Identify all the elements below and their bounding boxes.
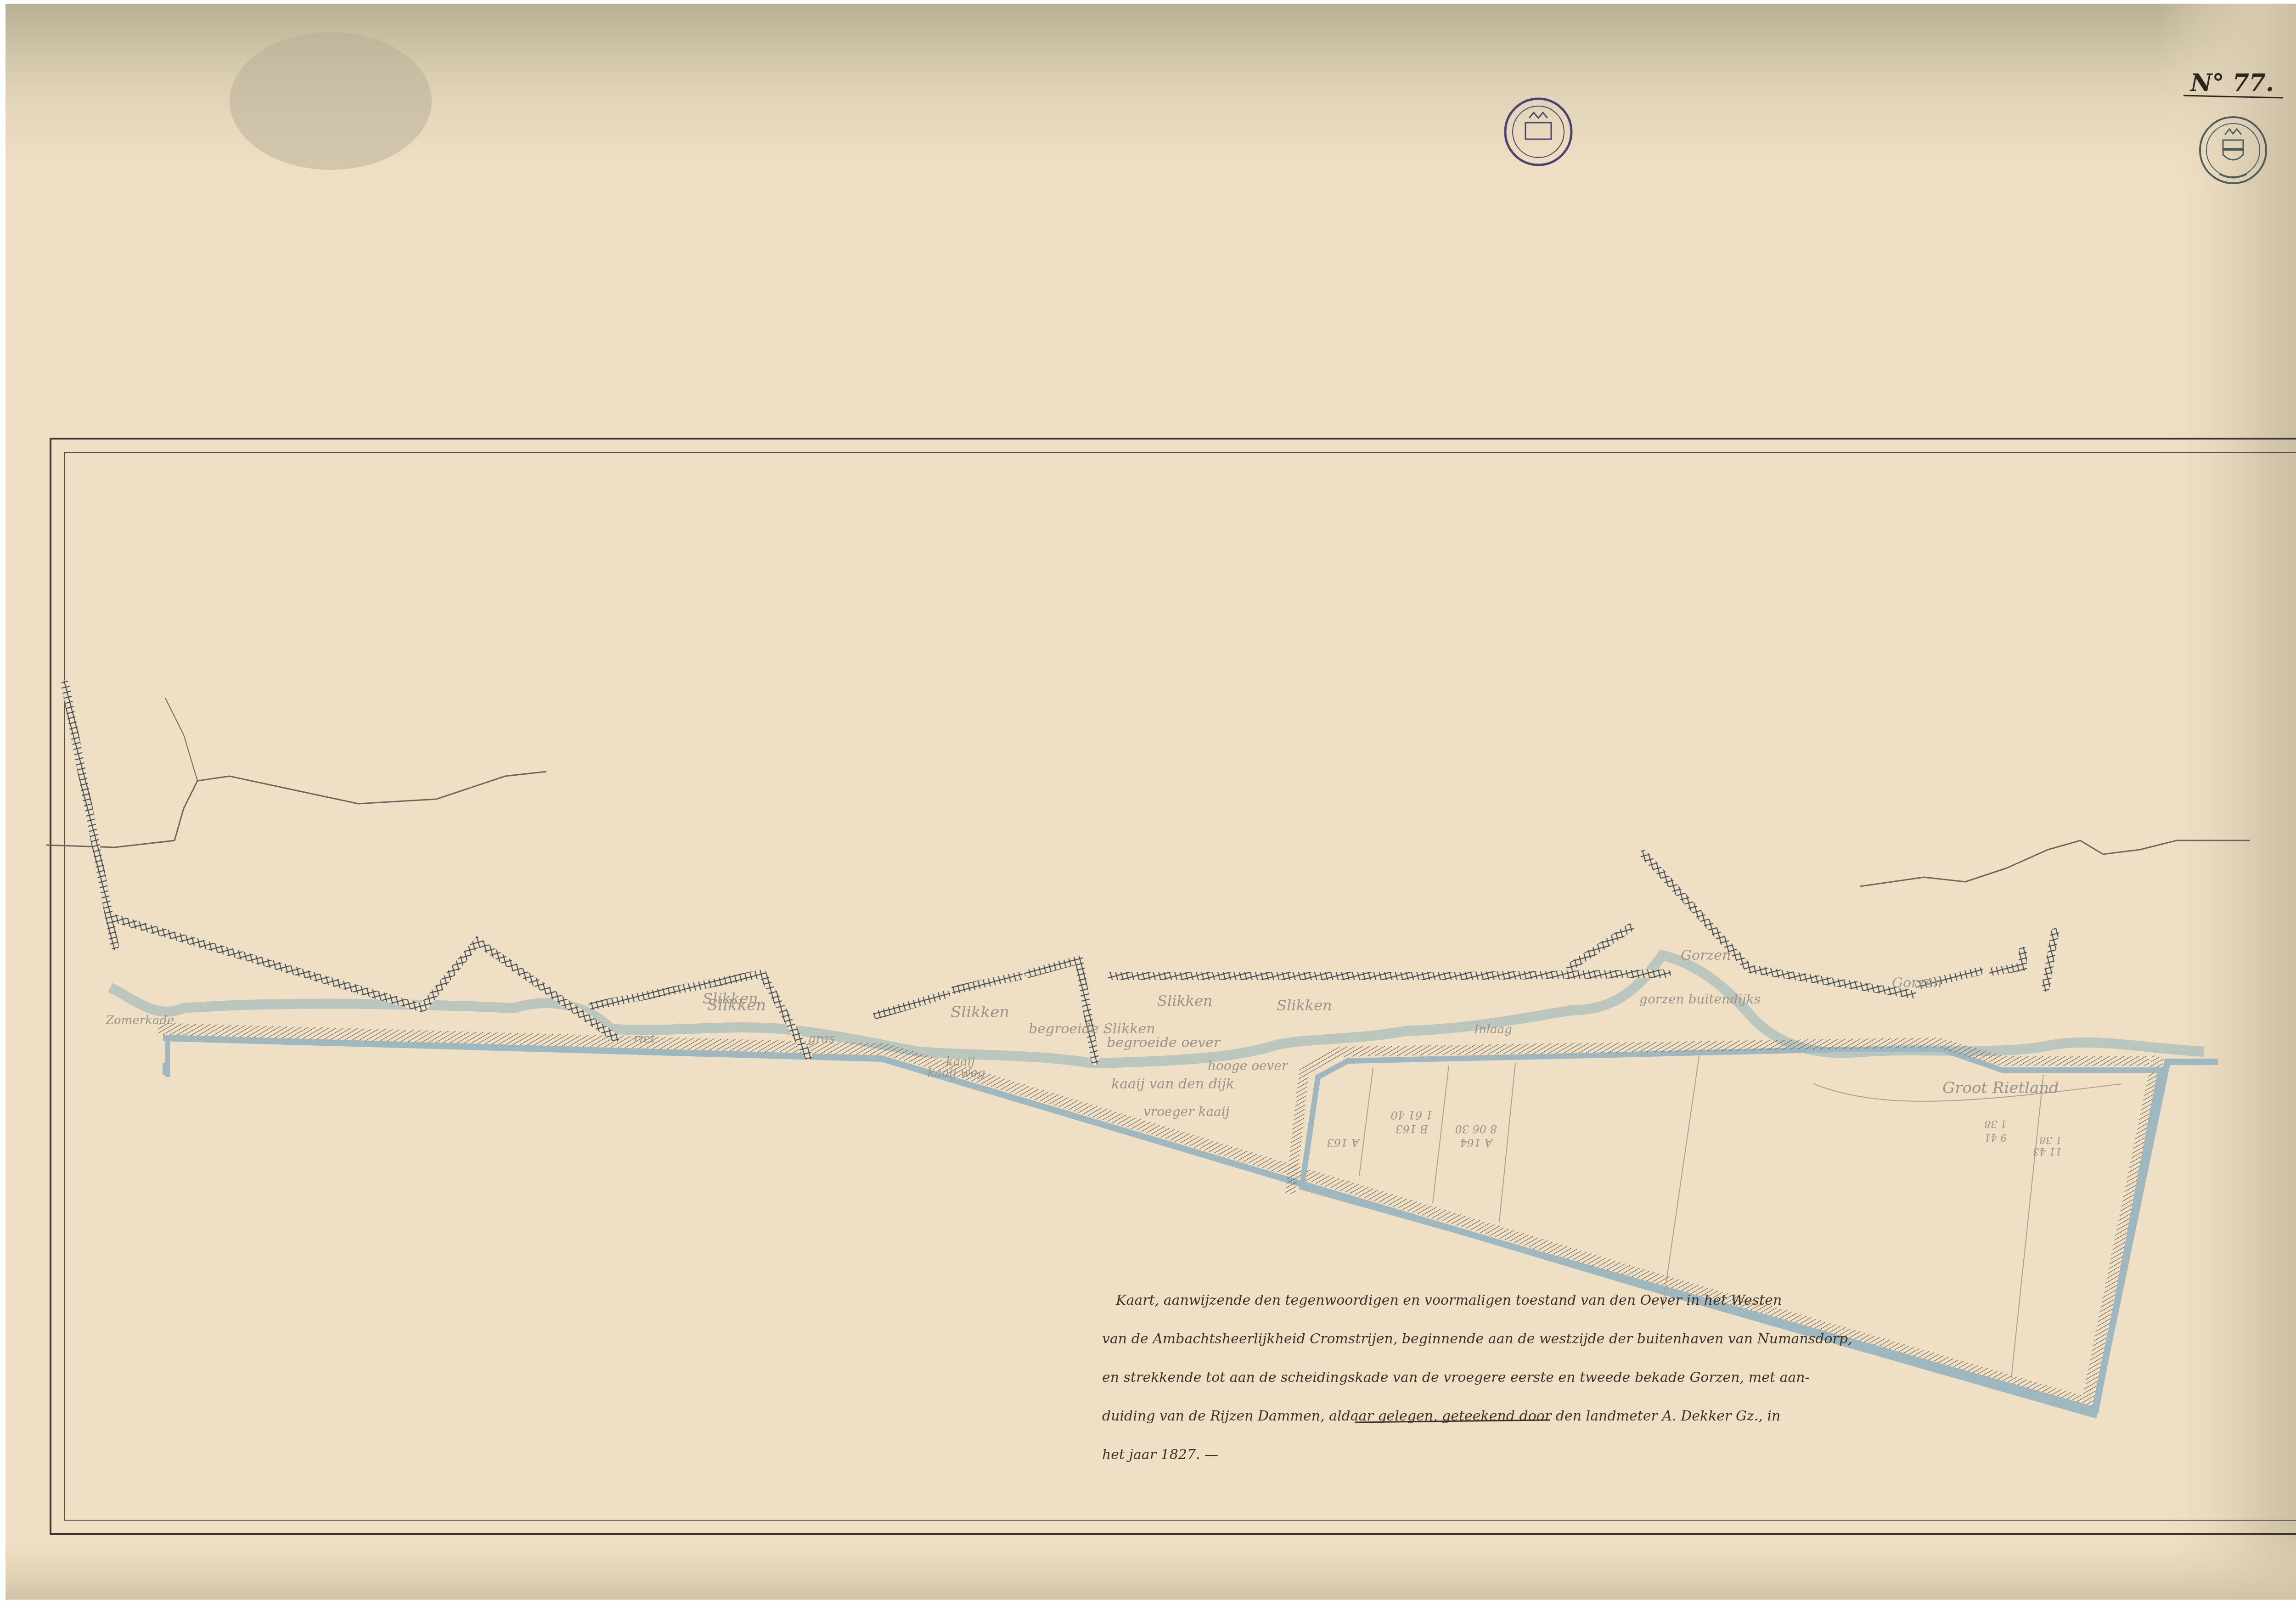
cartouche-line-1: Kaart, aanwijzende den tegenwoordigen en… [1102, 1281, 1846, 1320]
label-gorzen-2: Gorzen [1892, 975, 1942, 991]
label-gorzen: Gorzen [1681, 947, 1731, 964]
label-parcel-1: A 163 [1327, 1136, 1360, 1149]
label-parcel-b2: 9 41 [1984, 1132, 2007, 1143]
cartouche-line-3: en strekkende tot aan de scheidingskade … [1102, 1359, 1846, 1397]
label-zomerkade: Zomerkade [105, 1014, 174, 1027]
cartouche-line-5: het jaar 1827. — [1102, 1436, 1846, 1474]
paper-stain-blot [230, 32, 432, 170]
label-slikken-5: Slikken [703, 990, 758, 1007]
label-kaaij-van-den-dijk: kaaij van den dijk [1111, 1076, 1234, 1092]
paper-stain-bottom [6, 1525, 2296, 1600]
label-parcel-area-1: 1 61 40 [1390, 1109, 1433, 1122]
label-parcel-2: B 163 [1396, 1122, 1429, 1135]
label-parcel-area-2: 8 06 30 [1455, 1122, 1497, 1135]
label-gras: gras [808, 1032, 835, 1046]
title-cartouche: Kaart, aanwijzende den tegenwoordigen en… [1102, 1281, 1846, 1474]
cartouche-line-4: duiding van de Rijzen Dammen, aldaar gel… [1102, 1397, 1846, 1436]
label-groot-rietland: Groot Rietland [1942, 1079, 2059, 1097]
label-gorzen-buitendijks: gorzen buitendijks [1639, 992, 1761, 1007]
label-slikken-3: Slikken [1157, 992, 1213, 1009]
label-begroeide-oever: begroeide oever [1107, 1035, 1221, 1051]
label-riet: riet [634, 1032, 655, 1046]
label-parcel-b1: 1 38 [1984, 1118, 2007, 1129]
label-inlaag: Inlaag [1474, 1023, 1512, 1037]
label-slikken-2: Slikken [951, 1003, 1009, 1021]
label-hooge-oever: hooge oever [1208, 1058, 1289, 1073]
label-parcel-3: A 164 [1460, 1136, 1493, 1149]
groyne-7 [1460, 974, 1667, 976]
label-parcel-b4: 11 43 [2033, 1145, 2062, 1157]
label-parcel-b3: 1 38 [2039, 1134, 2062, 1145]
label-vroeger-kaaij: vroeger kaaij [1143, 1104, 1230, 1119]
sheet-number: N° 77. [2190, 69, 2274, 97]
paper-stain-right [2158, 4, 2296, 1600]
label-slikken-4: Slikken [1277, 997, 1332, 1014]
cartouche-line-2: van de Ambachtsheerlijkheid Cromstrijen,… [1102, 1320, 1846, 1359]
label-kaaij-weg: kaaij weg [928, 1066, 985, 1080]
